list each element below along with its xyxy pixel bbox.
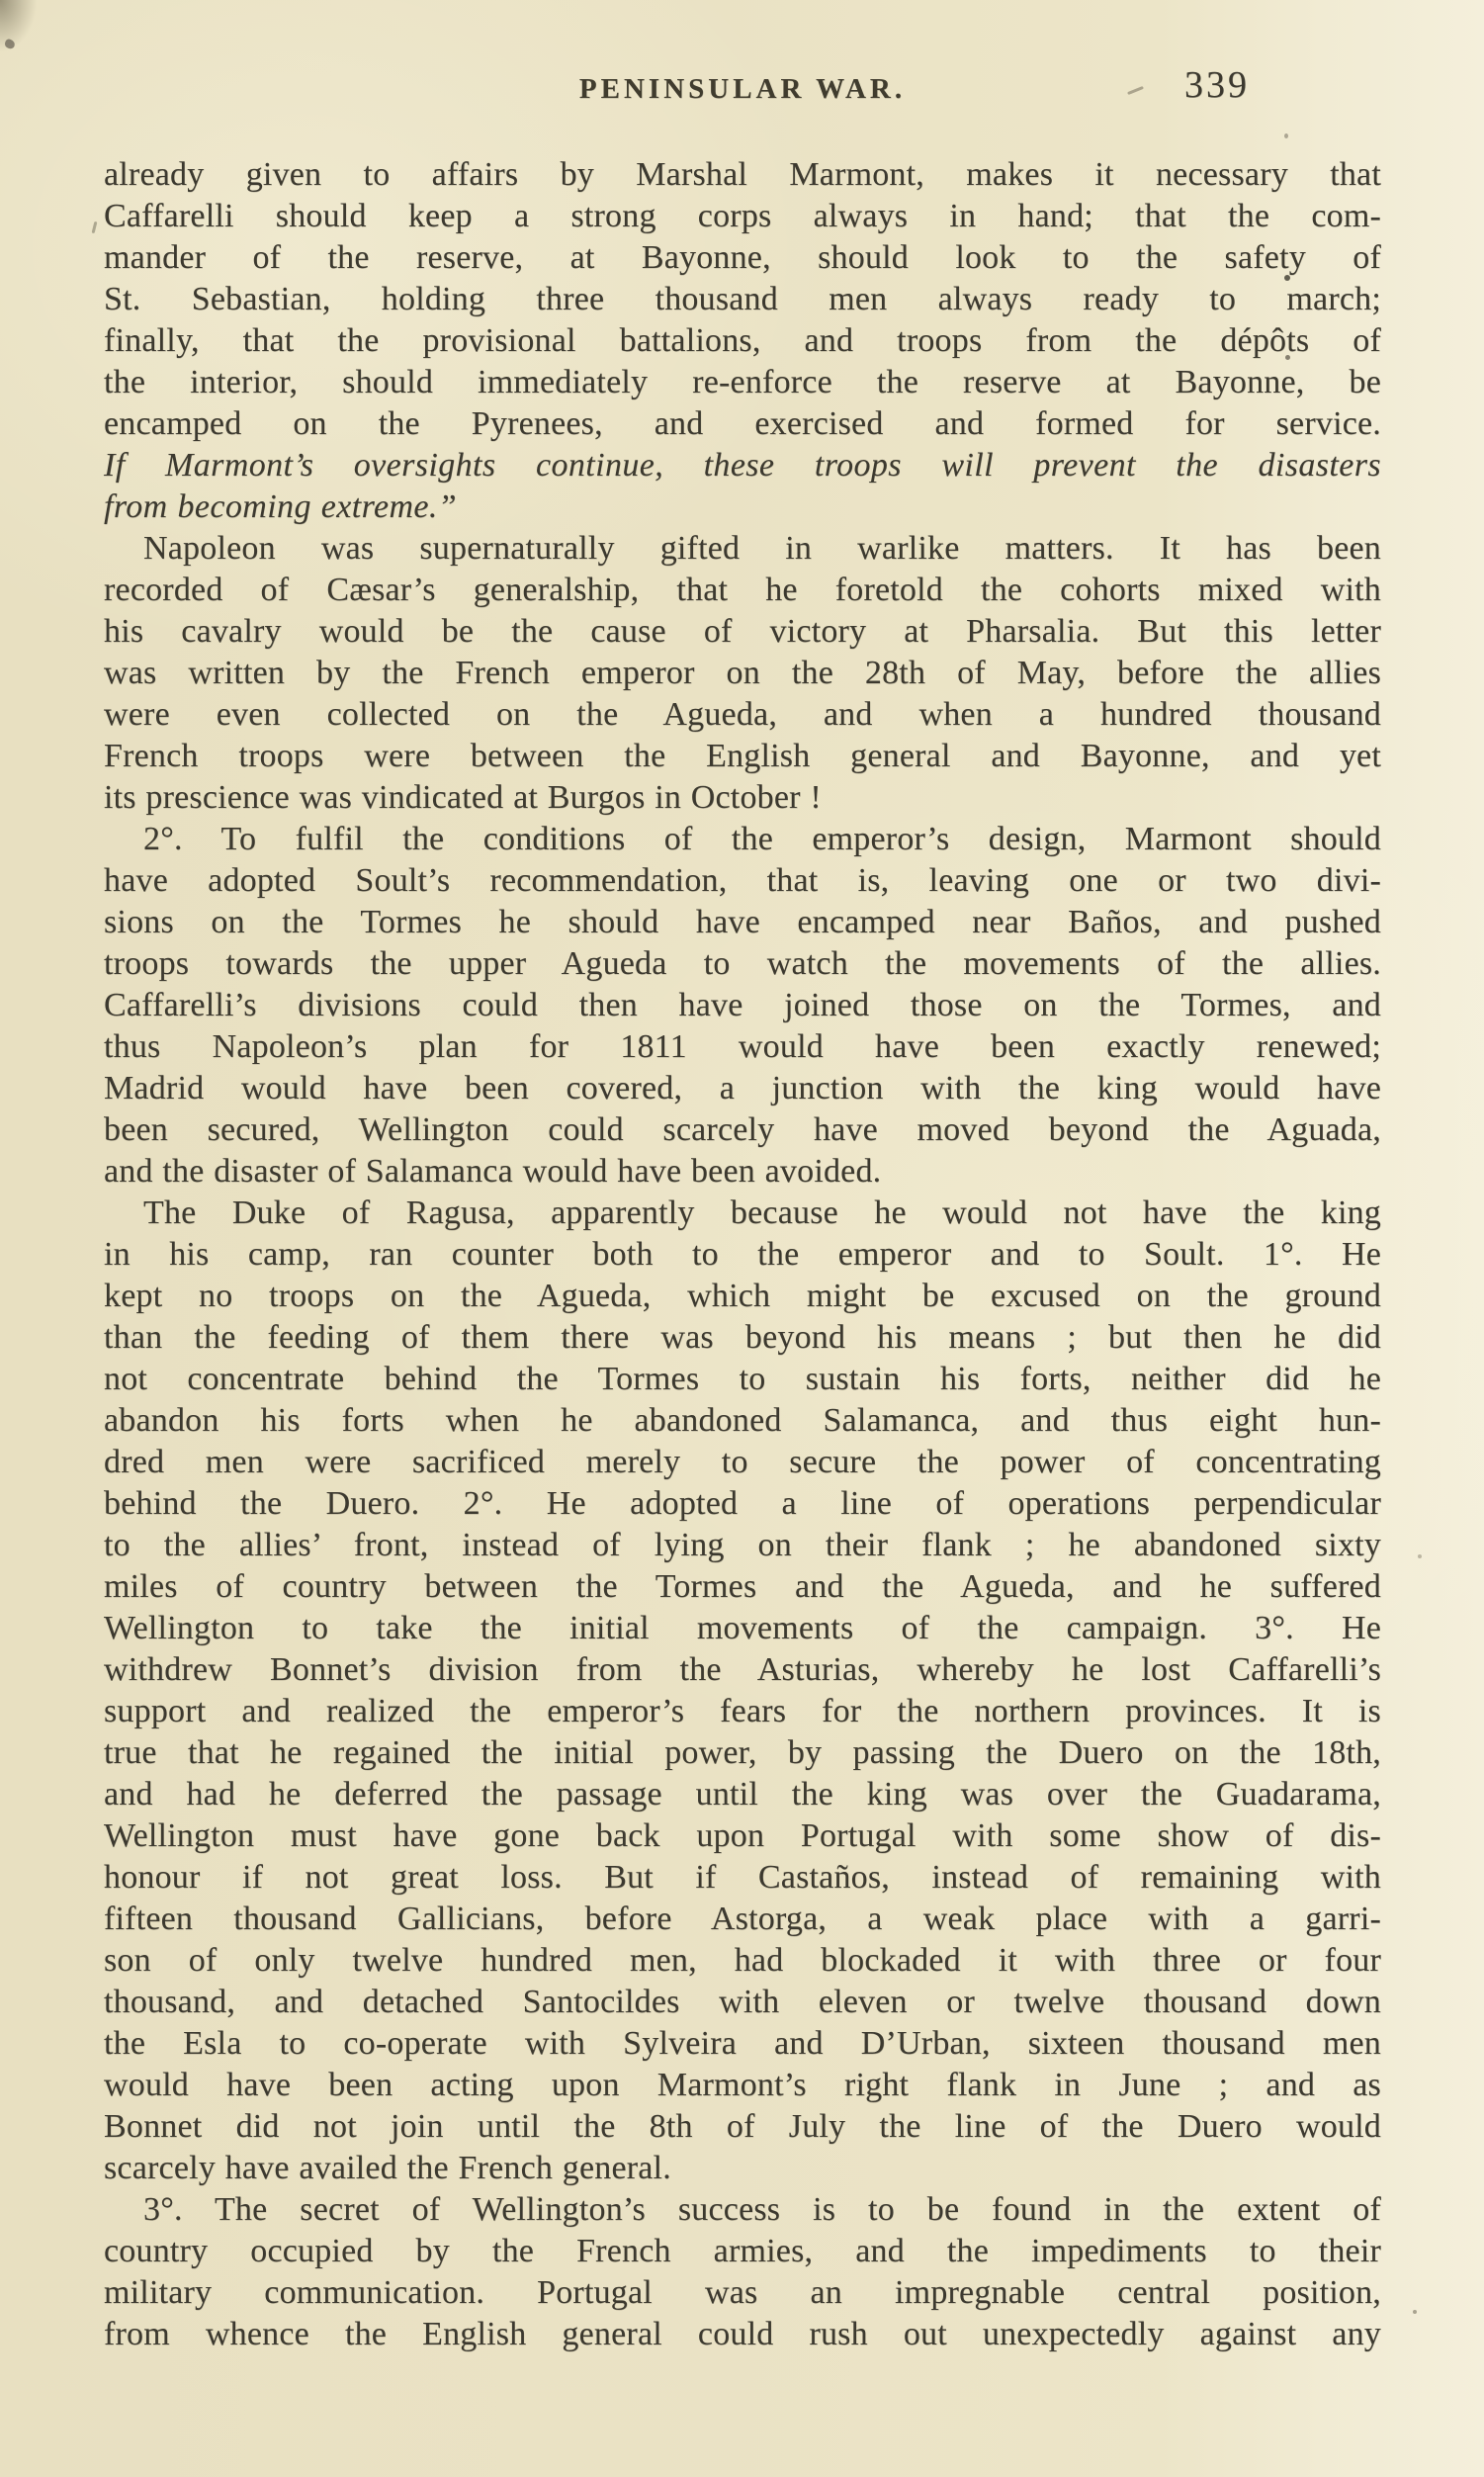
text-line: the interior, should immediately re-enfo… xyxy=(104,362,1381,403)
text-line: St. Sebastian, holding three thousand me… xyxy=(104,279,1381,320)
page-body: already given to affairs by Marshal Marm… xyxy=(104,154,1381,2355)
text-line: support and realized the emperor’s fears… xyxy=(104,1691,1381,1732)
text-line: its prescience was vindicated at Burgos … xyxy=(104,777,1381,819)
text-line: finally, that the provisional battalions… xyxy=(104,320,1381,362)
text-line: dred men were sacrificed merely to secur… xyxy=(104,1442,1381,1483)
text-line: been secured, Wellington could scarcely … xyxy=(104,1109,1381,1151)
paragraph: The Duke of Ragusa, apparently because h… xyxy=(104,1193,1381,2189)
text-line: Bonnet did not join until the 8th of Jul… xyxy=(104,2106,1381,2148)
text-line: withdrew Bonnet’s division from the Astu… xyxy=(104,1649,1381,1691)
text-line: 3°. The secret of Wellington’s success i… xyxy=(104,2189,1381,2231)
text-line: 2°. To fulfil the conditions of the empe… xyxy=(104,819,1381,860)
scan-speck xyxy=(1284,133,1288,138)
text-line: Caffarelli’s divisions could then have j… xyxy=(104,985,1381,1026)
text-line: Wellington must have gone back upon Port… xyxy=(104,1815,1381,1857)
paragraph: already given to affairs by Marshal Marm… xyxy=(104,154,1381,528)
text-line: the Esla to co-operate with Sylveira and… xyxy=(104,2023,1381,2065)
text-line: true that he regained the initial power,… xyxy=(104,1732,1381,1774)
text-line: Wellington to take the initial movements… xyxy=(104,1608,1381,1649)
text-line: thousand, and detached Santocildes with … xyxy=(104,1982,1381,2023)
text-line: have adopted Soult’s recommendation, tha… xyxy=(104,860,1381,902)
text-line: The Duke of Ragusa, apparently because h… xyxy=(104,1193,1381,1234)
text-line: from whence the English general could ru… xyxy=(104,2314,1381,2355)
scan-speck xyxy=(1284,275,1290,281)
text-line: to the allies’ front, instead of lying o… xyxy=(104,1525,1381,1566)
paragraph: Napoleon was supernaturally gifted in wa… xyxy=(104,528,1381,819)
text-line: Madrid would have been covered, a juncti… xyxy=(104,1068,1381,1109)
text-line: troops towards the upper Agueda to watch… xyxy=(104,943,1381,985)
text-line: not concentrate behind the Tormes to sus… xyxy=(104,1359,1381,1400)
page-number: 339 xyxy=(1184,63,1250,107)
text-line: abandon his forts when he abandoned Sala… xyxy=(104,1400,1381,1442)
text-line: country occupied by the French armies, a… xyxy=(104,2231,1381,2272)
text-line: behind the Duero. 2°. He adopted a line … xyxy=(104,1483,1381,1525)
scanned-book-page: PENINSULAR WAR. 339 already given to aff… xyxy=(0,0,1484,2477)
text-line: kept no troops on the Agueda, which migh… xyxy=(104,1276,1381,1317)
text-line: Napoleon was supernaturally gifted in wa… xyxy=(104,528,1381,570)
text-line: recorded of Cæsar’s generalship, that he… xyxy=(104,570,1381,611)
text-line: If Marmont’s oversights continue, these … xyxy=(104,445,1381,487)
text-line: miles of country between the Tormes and … xyxy=(104,1566,1381,1608)
text-line: and the disaster of Salamanca would have… xyxy=(104,1151,1381,1193)
text-line: already given to affairs by Marshal Marm… xyxy=(104,154,1381,196)
text-line: thus Napoleon’s plan for 1811 would have… xyxy=(104,1026,1381,1068)
text-line: son of only twelve hundred men, had bloc… xyxy=(104,1940,1381,1982)
text-line: were even collected on the Agueda, and w… xyxy=(104,694,1381,736)
text-line: than the feeding of them there was beyon… xyxy=(104,1317,1381,1359)
scan-speck xyxy=(4,39,16,50)
text-line: mander of the reserve, at Bayonne, shoul… xyxy=(104,237,1381,279)
text-line: encamped on the Pyrenees, and exercised … xyxy=(104,403,1381,445)
text-line: military communication. Portugal was an … xyxy=(104,2272,1381,2314)
paragraph: 2°. To fulfil the conditions of the empe… xyxy=(104,819,1381,1193)
text-line: in his camp, ran counter both to the emp… xyxy=(104,1234,1381,1276)
scan-speck xyxy=(1413,2310,1417,2314)
text-line: sions on the Tormes he should have encam… xyxy=(104,902,1381,943)
text-line: would have been acting upon Marmont’s ri… xyxy=(104,2065,1381,2106)
text-line: scarcely have availed the French general… xyxy=(104,2148,1381,2189)
scan-speck xyxy=(92,221,98,233)
text-line: from becoming extreme.” xyxy=(104,487,1381,528)
text-line: honour if not great loss. But if Castaño… xyxy=(104,1857,1381,1899)
text-line: Caffarelli should keep a strong corps al… xyxy=(104,196,1381,237)
text-line: and had he deferred the passage until th… xyxy=(104,1774,1381,1815)
text-line: French troops were between the English g… xyxy=(104,736,1381,777)
scan-speck xyxy=(1418,1554,1422,1558)
text-line: was written by the French emperor on the… xyxy=(104,653,1381,694)
paragraph: 3°. The secret of Wellington’s success i… xyxy=(104,2189,1381,2355)
scan-speck xyxy=(1285,355,1290,360)
text-line: his cavalry would be the cause of victor… xyxy=(104,611,1381,653)
text-line: fifteen thousand Gallicians, before Asto… xyxy=(104,1899,1381,1940)
